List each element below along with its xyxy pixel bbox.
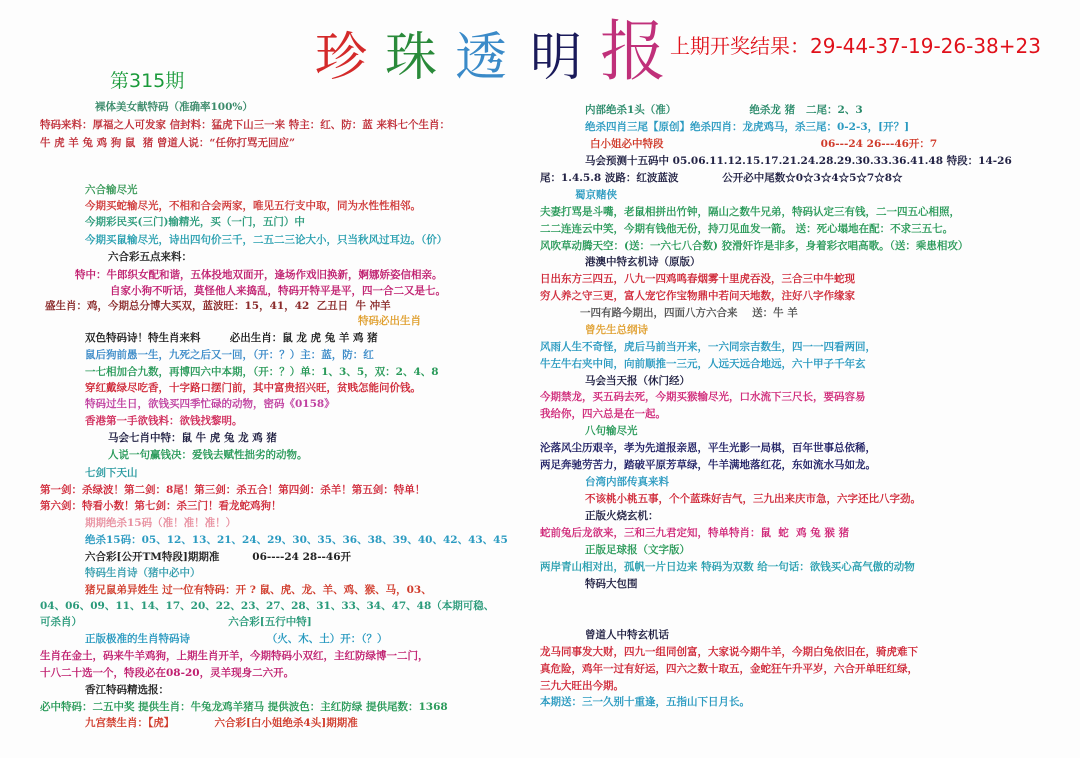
text-line: 生肖在金土，码来牛羊鸡狗，上期生肖开羊，今期特码小双红，主红防绿博一二门， — [40, 649, 429, 663]
text-line: 04、06、09、11、14、17、20、22、23、27、28、31、33、3… — [40, 599, 494, 613]
title-char: 报 — [600, 22, 666, 82]
text-line: 裸体美女献特码（准确率100%） — [95, 100, 253, 114]
text-line: 今期买蛇输尽光，不相和合会两家，唯见五行支中取，同为水性性相邻。 — [85, 199, 421, 213]
last-result-numbers: 29-44-37-19-26-38+23 — [810, 34, 1041, 58]
text-line: 不该桃小桃五事，个个蓝珠好吉气，三九出来庆市急，六字还比八字劲。 — [585, 492, 921, 506]
text-line: 曾道人中特玄机话 — [585, 628, 669, 642]
text-line: 台湾内部传真来料 — [585, 475, 669, 489]
text-line: 六合彩[公开TM特段]期期准 06----24 28--46开 — [85, 550, 351, 564]
text-line: 可杀肖） 六合彩[五行中特] — [40, 615, 312, 629]
text-line: 特码大包围 — [585, 577, 638, 591]
text-line: 第一剑：杀绿波！第二剑：8尾！第三剑：杀五合！第四剑：杀羊！第五剑：特单！ — [40, 483, 425, 497]
title-char: 珍 — [315, 28, 367, 88]
text-line: 特码来料：厚福之人可发家 信封料：猛虎下山三一来 特主：红、防：蓝 来料七个生肖… — [40, 118, 450, 132]
text-line: 日出东方三四五，八九一四鸡鸣春烟雾十里虎吞没，三合三中牛蛇现 — [540, 272, 855, 286]
text-line: 两岸青山相对出，孤帆一片日边来 特码为双数 给一句话：欲钱买心高气傲的动物 — [540, 560, 915, 574]
text-line: 马会当天报（休门经） — [585, 374, 690, 388]
text-line: 猪兄鼠弟异姓生 过一位有特码：开 ? 鼠、虎、龙、羊、鸡、猴、马，03、 — [85, 583, 432, 597]
text-line: 正版火烧玄机： — [585, 509, 659, 523]
text-line: 双色特码诗！特生肖来料 必出生肖：鼠 龙 虎 兔 羊 鸡 猪 — [85, 331, 378, 345]
title-char: 明 — [530, 28, 582, 88]
text-line: 龙马同事发大财，四九一组同创富，大家说今期牛羊，今期白兔依旧在，骑虎难下 — [540, 645, 918, 659]
text-line: 白小姐必中特段 06---24 26---46开：7 — [590, 137, 937, 151]
text-line: 三九大旺出今期。 — [540, 679, 624, 693]
text-line: 二二连连云中笑，今期有钱他无份，持刀见血发一箭。 送：死心塌地在配：不求三五七。 — [540, 222, 953, 236]
text-line: 真危险，鸡年一过有好运，四六之数十取五，金蛇狂午升平岁，六合开单旺红绿， — [540, 662, 918, 676]
text-line: 今期禁龙，买五码去死，今期买猴输尽光，口水流下三尺长，要码容易 — [540, 390, 866, 404]
text-line: 今期买鼠输尽光，诗出四句价三千，二五二三论大小，只当秋风过耳边。（价） — [85, 233, 447, 247]
text-line: 马会七肖中特：鼠 牛 虎 兔 龙 鸡 猪 — [108, 431, 277, 445]
text-line: 绝杀15码：05、12、13、21、24、29、30、35、36、38、39、4… — [85, 533, 508, 547]
last-result-label: 上期开奖结果： — [670, 34, 810, 58]
text-line: 期期绝杀15码（准！准！准！） — [85, 516, 236, 530]
text-line: 正版足球报（文字版） — [585, 543, 690, 557]
text-line: 一七相加合九数，再博四六中本期，（开：？）单：1、3、5，双：2、4、8 — [85, 365, 439, 379]
text-line: 今期彩民买(三门)输精光，买（一门，五门）中 — [85, 215, 305, 229]
text-line: 八句输尽光 — [585, 424, 638, 438]
text-line: 风雨人生不奇怪，虎后马前当开来，一六同宗吉数生，四一一四看两回， — [540, 340, 876, 354]
text-line: 我给你，四六总是在一起。 — [540, 407, 666, 421]
text-line: 十八二十选一个，特段必在08-20，灵羊现身二六开。 — [40, 666, 294, 680]
text-line: 特码生肖诗（猪中必中） — [85, 566, 201, 580]
text-line: 六合彩五点来料： — [108, 250, 192, 264]
title-char: 透 — [455, 28, 507, 88]
text-line: 盛生肖：鸡，今期总分博大买双，蓝波旺：15，41，42 乙丑日 牛 冲羊 — [45, 299, 391, 313]
text-line: 人说一句赢钱决：爱钱去赋性拙劣的动物。 — [108, 448, 308, 462]
title-char: 珠 — [385, 28, 437, 88]
text-line: 本期送：三一久别十重逢，五指山下日月长。 — [540, 695, 750, 709]
text-line: 穷人养之守三更，富人宠它作宝物鼎中若问天地数，注好八字作缘家 — [540, 289, 855, 303]
text-line: 马会预测十五码中 05.06.11.12.15.17.21.24.28.29.3… — [585, 154, 1012, 168]
text-line: 正版极准的生肖特码诗 （火、木、土）开：（？） — [85, 632, 388, 646]
text-line: 九宫禁生肖：【虎】 六合彩[白小姐绝杀4头]期期准 — [85, 716, 358, 730]
text-line: 特码过生日，欲钱买四季忙碌的动物，密码《0158》 — [85, 397, 335, 411]
text-line: 一四有路今期出，四面八方六合来 送：牛 羊 — [580, 306, 798, 320]
text-line: 沦落风尘历艰辛，孝为先道报亲恩，平生光影一局棋，百年世事总依稀， — [540, 441, 876, 455]
text-line: 特码必出生肖 — [358, 314, 421, 328]
text-line: 六合输尽光 — [85, 183, 138, 197]
text-line: 蛇前兔后龙欲来，三和三九君定知，特单特肖：鼠 蛇 鸡 兔 猴 猪 — [540, 526, 849, 540]
text-line: 必中特码：二五中奖 提供生肖：牛兔龙鸡羊猪马 提供波色：主红防绿 提供尾数：13… — [40, 700, 448, 714]
text-line: 七剑下天山 — [85, 466, 138, 480]
text-line: 港澳中特玄机诗（原版） — [585, 255, 701, 269]
text-line: 曾先生总纲诗 — [585, 323, 648, 337]
text-line: 牛左牛右夹中间，向前顺推一三元，人远天远合地远，六十甲子千年玄 — [540, 357, 866, 371]
text-line: 蜀京赌侠 — [575, 188, 617, 202]
text-line: 绝杀四肖三尾【原创】绝杀四肖：龙虎鸡马，杀三尾：0-2-3，[开？] — [585, 120, 909, 134]
last-draw-result: 上期开奖结果：29-44-37-19-26-38+23 — [670, 30, 1041, 59]
text-line: 第六剑：特看小数！第七剑：杀三门！看龙蛇鸡狗！ — [40, 499, 282, 513]
text-line: 风吹草动腾天空：(送：一六七八合数) 狡滑奸诈是非多，身着彩衣唱高歌。（送：乘患… — [540, 239, 968, 253]
text-line: 自家小狗不听话，莫怪他人来捣乱，特码开特平是平，四一合二又是七。 — [110, 284, 446, 298]
text-line: 两足奔驰劳苦力，踏破平原芳草绿，牛羊满地落红花，东如流水马如龙。 — [540, 458, 876, 472]
text-line: 鼠后狗前愚一生，九死之后又一回，（开：？）主：蓝，防：红 — [85, 348, 374, 362]
text-line: 内部绝杀1头（准） 绝杀龙 猪 二尾：2、3 — [585, 103, 863, 117]
text-line: 香江特码精选报： — [85, 683, 169, 697]
text-line: 特中：牛郎织女配和谐，五体投地双面开，逢场作戏旧换新，婀娜娇姿信相亲。 — [75, 268, 443, 282]
text-line: 尾：1.4.5.8 波路：红波蓝波 公开必中尾数☆0☆3☆4☆5☆7☆8☆ — [540, 171, 903, 185]
issue-number: 第315期 — [110, 66, 184, 93]
text-line: 香港第一手欲钱料：欲钱找黎明。 — [85, 414, 243, 428]
text-line: 牛 虎 羊 兔 鸡 狗 鼠 猪 曾道人说：“任你打骂无回应” — [40, 136, 295, 150]
text-line: 穿红戴绿尽吃香，十字路口摆门前，其中富贵招兴旺，贫贱怎能问价钱。 — [85, 381, 421, 395]
text-line: 夫妻打骂是斗嘴，老鼠相拼出竹钟，隔山之数牛兄弟，特码认定三有钱，二一四五心相照， — [540, 205, 960, 219]
